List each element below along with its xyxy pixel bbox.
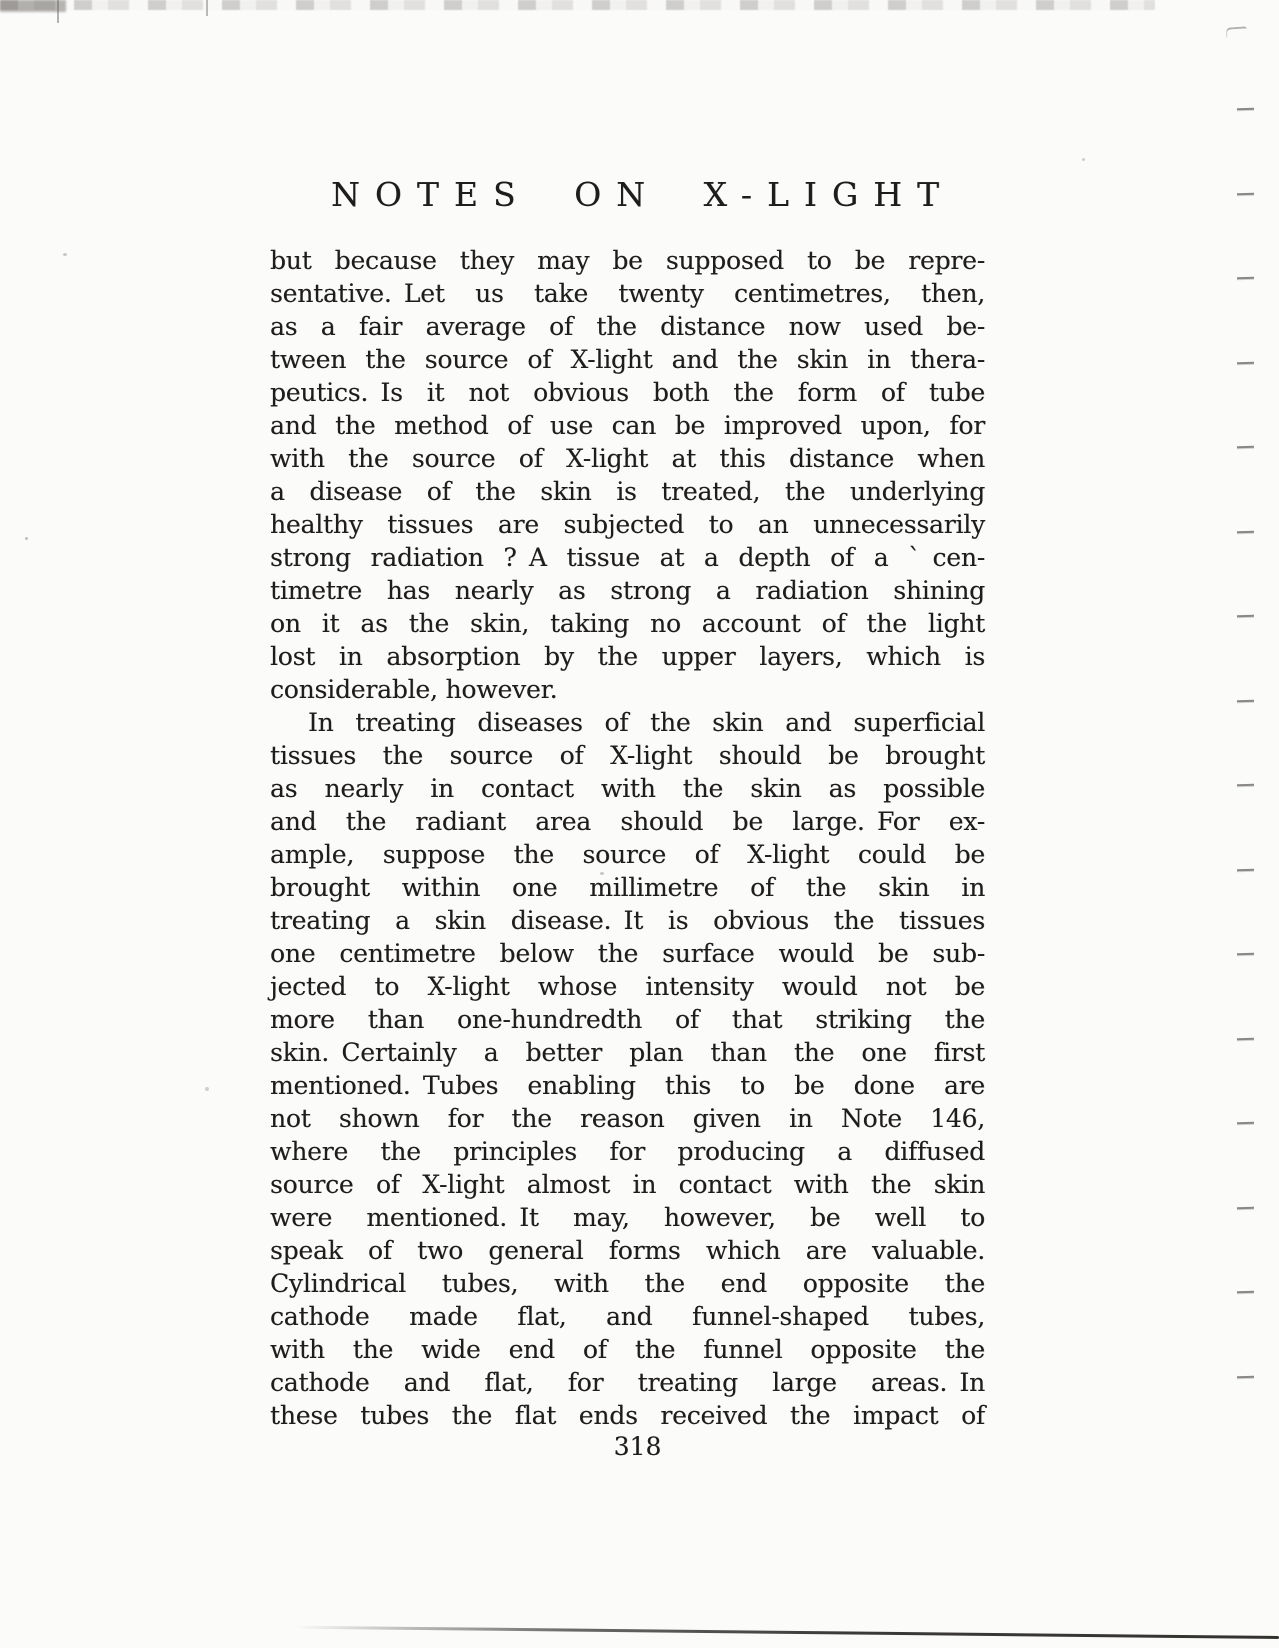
- text-line: on it as the skin, taking no account of …: [270, 607, 985, 640]
- scan-artifact-margin-dash: [1237, 869, 1254, 871]
- scan-artifact-top-tick: [206, 0, 208, 16]
- scan-artifact-margin-dash: [1237, 1376, 1254, 1378]
- text-line: source of X-light almost in contact with…: [270, 1168, 985, 1201]
- text-line: strong radiation ? A tissue at a depth o…: [270, 541, 985, 574]
- scan-artifact-top-tick: [57, 0, 59, 23]
- text-line: as a fair average of the distance now us…: [270, 310, 985, 343]
- text-line: with the wide end of the funnel opposite…: [270, 1333, 985, 1366]
- text-line: and the method of use can be improved up…: [270, 409, 985, 442]
- text-line-paragraph-start: In treating diseases of the skin and sup…: [270, 706, 985, 739]
- text-line: tween the source of X-light and the skin…: [270, 343, 985, 376]
- text-line: one centimetre below the surface would b…: [270, 937, 985, 970]
- text-line: not shown for the reason given in Note 1…: [270, 1102, 985, 1135]
- text-line: cathode and flat, for treating large are…: [270, 1366, 985, 1399]
- scan-artifact-speck: [600, 872, 604, 875]
- text-line: more than one-hundredth of that striking…: [270, 1003, 985, 1036]
- page-number: 318: [280, 1432, 995, 1462]
- text-line: with the source of X-light at this dista…: [270, 442, 985, 475]
- text-line: lost in absorption by the upper layers, …: [270, 640, 985, 673]
- scan-artifact-margin-dash: [1237, 1291, 1254, 1293]
- text-line: and the radiant area should be large. Fo…: [270, 805, 985, 838]
- scan-artifact-margin-dash: [1237, 784, 1254, 786]
- text-line: treating a skin disease. It is obvious t…: [270, 904, 985, 937]
- scan-artifact-margin-dash: [1237, 615, 1254, 617]
- scan-artifact-top-band: [0, 0, 1155, 10]
- book-page: NOTES ON X-LIGHT but because they may be…: [0, 0, 1279, 1648]
- text-line: skin. Certainly a better plan than the o…: [270, 1036, 985, 1069]
- text-line: mentioned. Tubes enabling this to be don…: [270, 1069, 985, 1102]
- scan-artifact-margin-dash: [1237, 277, 1254, 279]
- text-line: tissues the source of X-light should be …: [270, 739, 985, 772]
- text-line: but because they may be supposed to be r…: [270, 244, 985, 277]
- text-line: these tubes the flat ends received the i…: [270, 1399, 985, 1432]
- text-line: sentative. Let us take twenty centimetre…: [270, 277, 985, 310]
- text-line: considerable, however.: [270, 673, 985, 706]
- running-head-title: NOTES ON X-LIGHT: [270, 172, 1000, 218]
- scan-artifact-margin-dash: [1237, 1038, 1254, 1040]
- text-line: timetre has nearly as strong a radiation…: [270, 574, 985, 607]
- text-line: where the principles for producing a dif…: [270, 1135, 985, 1168]
- scan-artifact-hook-mark: [1226, 26, 1248, 37]
- text-line: were mentioned. It may, however, be well…: [270, 1201, 985, 1234]
- text-line: jected to X-light whose intensity would …: [270, 970, 985, 1003]
- scan-artifact-margin-dash: [1237, 700, 1254, 702]
- scan-artifact-margin-dash: [1237, 953, 1254, 955]
- text-line: healthy tissues are subjected to an unne…: [270, 508, 985, 541]
- text-line: a disease of the skin is treated, the un…: [270, 475, 985, 508]
- scan-artifact-speck: [205, 1087, 209, 1091]
- text-line: cathode made flat, and funnel-shaped tub…: [270, 1300, 985, 1333]
- body-text: but because they may be supposed to be r…: [270, 244, 985, 1432]
- scan-artifact-speck: [1082, 158, 1085, 161]
- text-line: brought within one millimetre of the ski…: [270, 871, 985, 904]
- scan-artifact-margin-dash: [1237, 1207, 1254, 1209]
- scan-artifact-margin-dash: [1237, 193, 1254, 195]
- scan-artifact-bottom-line: [295, 1626, 1279, 1639]
- scan-artifact-margin-dash: [1237, 362, 1254, 364]
- scan-artifact-margin-dash: [1237, 1122, 1254, 1124]
- scan-artifact-margin-dash: [1237, 531, 1254, 533]
- text-line: ample, suppose the source of X-light cou…: [270, 838, 985, 871]
- scan-artifact-speck: [63, 253, 67, 256]
- text-line: speak of two general forms which are val…: [270, 1234, 985, 1267]
- scan-artifact-margin-dash: [1237, 108, 1254, 110]
- scan-artifact-speck: [25, 537, 28, 540]
- text-line: as nearly in contact with the skin as po…: [270, 772, 985, 805]
- text-line: peutics. Is it not obvious both the form…: [270, 376, 985, 409]
- scan-artifact-margin-dash: [1237, 446, 1254, 448]
- text-line: Cylindrical tubes, with the end opposite…: [270, 1267, 985, 1300]
